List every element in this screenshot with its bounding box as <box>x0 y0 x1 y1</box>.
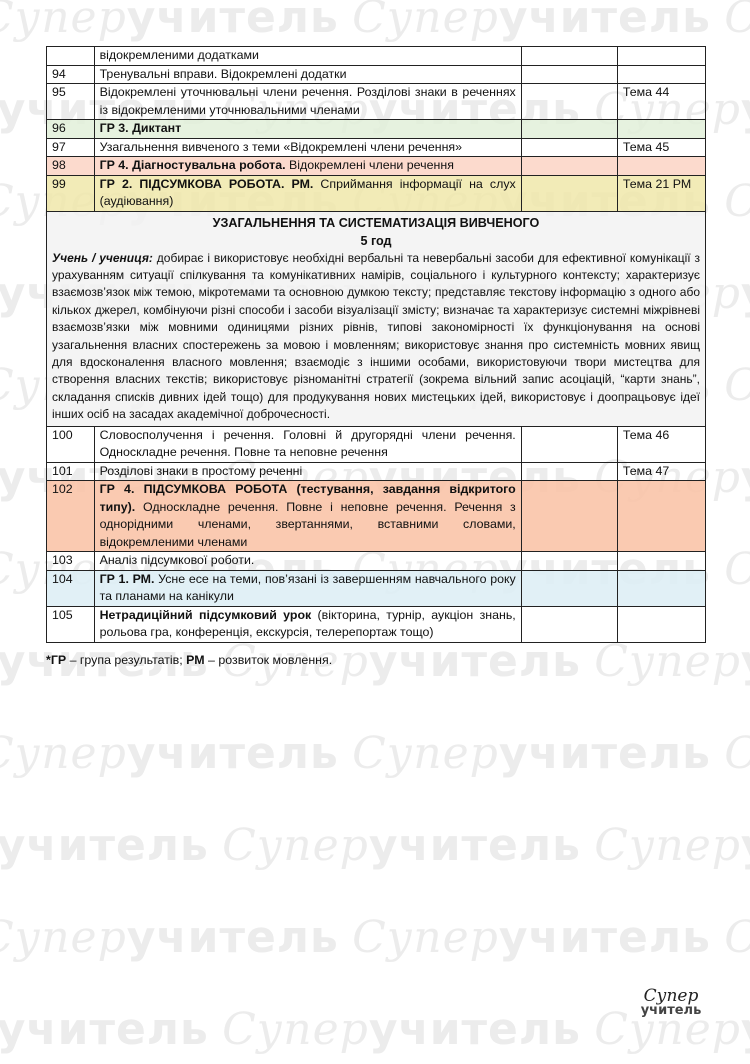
lesson-topic-bold: ГР 1. РМ. <box>100 572 155 586</box>
lesson-plan-page: відокремленими додатками94Тренувальні вп… <box>46 46 706 667</box>
lesson-note <box>617 47 705 66</box>
lesson-topic: Тренувальні вправи. Відокремлені додатки <box>94 65 521 84</box>
lesson-row: 96ГР 3. Диктант <box>47 120 706 139</box>
lesson-topic: Розділові знаки в простому реченні <box>94 462 521 481</box>
lesson-hours <box>521 570 617 606</box>
section-learning-outcomes: Учень / учениця: добирає і використовує … <box>52 250 700 424</box>
lesson-number: 100 <box>47 426 95 462</box>
lesson-number: 94 <box>47 65 95 84</box>
section-hours: 5 год <box>52 232 700 250</box>
lesson-plan-table: відокремленими додатками94Тренувальні вп… <box>46 46 706 643</box>
lesson-note <box>617 552 705 571</box>
lesson-note: Тема 47 <box>617 462 705 481</box>
lesson-topic: Відокремлені уточнювальні члени речення.… <box>94 84 521 120</box>
lesson-row: відокремленими додатками <box>47 47 706 66</box>
lesson-number: 95 <box>47 84 95 120</box>
lesson-topic-text: Відокремлені члени речення <box>286 158 454 172</box>
watermark-row: Суперучитель Суперучитель Суперучитель С… <box>0 820 750 871</box>
footnote: *ГР – група результатів; РМ – розвиток м… <box>46 653 706 667</box>
footnote-abbr-gr: ГР <box>51 653 66 667</box>
lesson-topic-bold: ГР 4. Діагностувальна робота. <box>100 158 286 172</box>
lesson-topic-text: Розділові знаки в простому реченні <box>100 464 303 478</box>
lesson-number: 96 <box>47 120 95 139</box>
lesson-hours <box>521 138 617 157</box>
lesson-note <box>617 570 705 606</box>
section-title: УЗАГАЛЬНЕННЯ ТА СИСТЕМАТИЗАЦІЯ ВИВЧЕНОГО <box>52 214 700 232</box>
lesson-topic-text: відокремленими додатками <box>100 48 259 62</box>
lesson-topic-text: Узагальнення вивченого з теми «Відокремл… <box>100 140 462 154</box>
lesson-topic: Словосполучення і речення. Головні й дру… <box>94 426 521 462</box>
footnote-def-gr: – група результатів; <box>66 653 186 667</box>
lesson-note <box>617 65 705 84</box>
lesson-hours <box>521 47 617 66</box>
watermark-row: Суперучитель Суперучитель Суперучитель С… <box>0 728 750 779</box>
lesson-hours <box>521 175 617 211</box>
logo-script-text: Супер <box>636 988 706 1004</box>
footnote-abbr-rm: РМ <box>186 653 204 667</box>
lesson-topic: ГР 2. ПІДСУМКОВА РОБОТА. РМ. Сприймання … <box>94 175 521 211</box>
lesson-note <box>617 157 705 176</box>
lesson-topic-text: Відокремлені уточнювальні члени речення.… <box>100 85 516 117</box>
lesson-topic-text: Односкладне речення. Повне і неповне реч… <box>100 500 516 549</box>
lesson-topic-text: Словосполучення і речення. Головні й дру… <box>100 428 516 460</box>
lesson-topic-bold: ГР 3. Диктант <box>100 121 182 135</box>
lesson-row: 105Нетрадиційний підсумковий урок (вікто… <box>47 606 706 642</box>
lesson-number: 103 <box>47 552 95 571</box>
lesson-row: 99ГР 2. ПІДСУМКОВА РОБОТА. РМ. Сприйманн… <box>47 175 706 211</box>
lesson-note <box>617 120 705 139</box>
lesson-hours <box>521 84 617 120</box>
lesson-hours <box>521 65 617 84</box>
brand-logo: Супер учитель <box>636 988 706 1017</box>
lesson-topic: відокремленими додатками <box>94 47 521 66</box>
lesson-row: 103Аналіз підсумкової роботи. <box>47 552 706 571</box>
lesson-row: 101Розділові знаки в простому реченніТем… <box>47 462 706 481</box>
lesson-number: 99 <box>47 175 95 211</box>
lesson-topic: ГР 4. Діагностувальна робота. Відокремле… <box>94 157 521 176</box>
lesson-hours <box>521 462 617 481</box>
lesson-topic-bold: Нетрадиційний підсумковий урок <box>100 608 312 622</box>
lesson-number: 105 <box>47 606 95 642</box>
lesson-note: Тема 44 <box>617 84 705 120</box>
lesson-hours <box>521 481 617 552</box>
lesson-number: 102 <box>47 481 95 552</box>
lesson-note: Тема 45 <box>617 138 705 157</box>
section-summary-row: УЗАГАЛЬНЕННЯ ТА СИСТЕМАТИЗАЦІЯ ВИВЧЕНОГО… <box>47 211 706 426</box>
lesson-topic: ГР 4. ПІДСУМКОВА РОБОТА (тестування, зав… <box>94 481 521 552</box>
lesson-topic: Аналіз підсумкової роботи. <box>94 552 521 571</box>
lesson-hours <box>521 552 617 571</box>
lesson-row: 97Узагальнення вивченого з теми «Відокре… <box>47 138 706 157</box>
section-cell: УЗАГАЛЬНЕННЯ ТА СИСТЕМАТИЗАЦІЯ ВИВЧЕНОГО… <box>47 211 706 426</box>
lesson-topic: ГР 3. Диктант <box>94 120 521 139</box>
lesson-note <box>617 606 705 642</box>
lesson-row: 100Словосполучення і речення. Головні й … <box>47 426 706 462</box>
lesson-topic: ГР 1. РМ. Усне есе на теми, пов’язані із… <box>94 570 521 606</box>
footnote-def-rm: – розвиток мовлення. <box>205 653 333 667</box>
lesson-number: 101 <box>47 462 95 481</box>
lesson-hours <box>521 157 617 176</box>
lesson-note <box>617 481 705 552</box>
lesson-topic-text: Тренувальні вправи. Відокремлені додатки <box>100 67 347 81</box>
lesson-number: 97 <box>47 138 95 157</box>
watermark-row: Суперучитель Суперучитель Суперучитель С… <box>0 0 750 43</box>
lesson-number: 98 <box>47 157 95 176</box>
lesson-hours <box>521 120 617 139</box>
lesson-row: 94Тренувальні вправи. Відокремлені додат… <box>47 65 706 84</box>
lesson-row: 98ГР 4. Діагностувальна робота. Відокрем… <box>47 157 706 176</box>
lesson-topic: Нетрадиційний підсумковий урок (вікторин… <box>94 606 521 642</box>
section-lead: Учень / учениця: <box>52 251 153 265</box>
section-body-text: добирає і використовує необхідні вербаль… <box>52 251 700 422</box>
lesson-topic-bold: ГР 2. ПІДСУМКОВА РОБОТА. РМ. <box>100 177 314 191</box>
logo-bold-text: учитель <box>636 1004 706 1017</box>
lesson-row: 104ГР 1. РМ. Усне есе на теми, пов’язані… <box>47 570 706 606</box>
lesson-topic: Узагальнення вивченого з теми «Відокремл… <box>94 138 521 157</box>
watermark-row: Суперучитель Суперучитель Суперучитель С… <box>0 912 750 963</box>
lesson-topic-text: Усне есе на теми, пов’язані із завершенн… <box>100 572 516 604</box>
lesson-note: Тема 21 РМ <box>617 175 705 211</box>
lesson-number <box>47 47 95 66</box>
lesson-hours <box>521 426 617 462</box>
lesson-row: 102ГР 4. ПІДСУМКОВА РОБОТА (тестування, … <box>47 481 706 552</box>
lesson-topic-text: Аналіз підсумкової роботи. <box>100 553 255 567</box>
lesson-row: 95Відокремлені уточнювальні члени реченн… <box>47 84 706 120</box>
lesson-note: Тема 46 <box>617 426 705 462</box>
lesson-number: 104 <box>47 570 95 606</box>
lesson-hours <box>521 606 617 642</box>
